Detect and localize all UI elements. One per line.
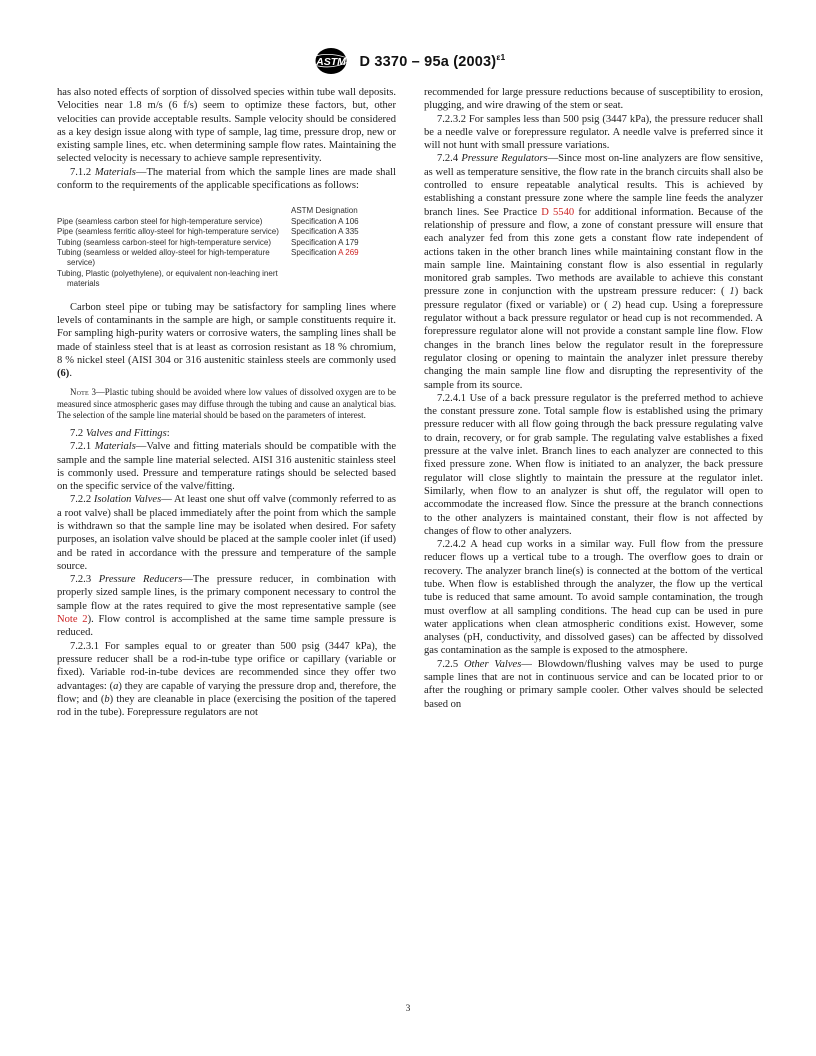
document-header: ASTM D 3370 – 95a (2003)ε1 [0,46,816,76]
table-row: Pipe (seamless ferritic alloy-steel for … [57,227,396,237]
text-segment: Materials [95,167,136,178]
text-segment: 7.2.4 [437,153,461,164]
text-segment: Materials [95,441,136,452]
text-segment: ) head cup. Using a forepressure regulat… [424,300,763,391]
carbon-steel-paragraph: Carbon steel pipe or tubing may be satis… [57,301,396,381]
text-segment: Valves and Fittings [86,428,167,439]
material-item: Pipe (seamless ferritic alloy-steel for … [57,227,287,237]
text-segment: . [69,368,72,379]
text-segment: 7.2.4.2 A head cup works in a similar wa… [424,539,763,656]
section-7-2-3-1: 7.2.3.1 For samples equal to or greater … [57,640,396,720]
text-segment: Carbon steel pipe or tubing may be satis… [57,302,396,366]
astm-logo-icon: ASTM [311,46,351,76]
standard-designation-text: D 3370 – 95a (2003) [360,54,497,70]
text-segment: recommended for large pressure reduction… [424,87,763,111]
text-segment: — At least one shut off valve (commonly … [57,494,396,571]
text-segment: 7.2.5 [437,659,464,670]
text-segment: Specification A 106 [291,217,359,226]
specification-designation: Specification A 179 [287,238,396,248]
standard-designation-superscript: ε1 [496,52,505,62]
section-7-1-2-materials: 7.1.2 Materials—The material from which … [57,166,396,193]
text-segment: has also noted effects of sorption of di… [57,87,396,164]
section-7-2-4-pressure-regulators: 7.2.4 Pressure Regulators—Since most on-… [424,152,763,391]
table-row: Tubing, Plastic (polyethylene), or equiv… [57,269,396,290]
table-header-spacer [57,206,287,216]
text-segment: Pressure Reducers [99,574,183,585]
table-header-row: ASTM Designation [57,206,396,216]
material-item: Tubing, Plastic (polyethylene), or equiv… [57,269,287,290]
text-segment: Note [70,387,89,397]
text-segment: 7.2.3.2 For samples less than 500 psig (… [424,114,763,152]
materials-spec-table: ASTM DesignationPipe (seamless carbon st… [57,206,396,289]
section-7-2-3-pressure-reducers: 7.2.3 Pressure Reducers—The pressure red… [57,573,396,639]
page-body: has also noted effects of sorption of di… [57,86,763,719]
section-7-2-4-1: 7.2.4.1 Use of a back pressure regulator… [424,392,763,538]
material-item: Pipe (seamless carbon steel for high-tem… [57,217,287,227]
text-segment: Isolation Valves [94,494,161,505]
section-7-2-5-other-valves: 7.2.5 Other Valves— Blowdown/flushing va… [424,658,763,711]
table-row: Pipe (seamless carbon steel for high-tem… [57,217,396,227]
page-number: 3 [0,1004,816,1014]
right-column: recommended for large pressure reduction… [424,86,763,719]
specification-designation: Specification A 335 [287,227,396,237]
specification-designation [287,269,396,290]
text-segment: for additional information. Because of t… [424,207,763,298]
text-segment: Pressure Regulators [461,153,547,164]
material-item: Tubing (seamless carbon-steel for high-t… [57,238,287,248]
astm-logo-text: ASTM [315,56,346,68]
section-7-2-3-2: 7.2.3.2 For samples less than 500 psig (… [424,113,763,153]
specification-designation: Specification A 269 [287,248,396,269]
text-segment: 7.2.1 [70,441,95,452]
text-segment: (6) [57,368,69,379]
text-segment: 7.2 [70,428,86,439]
intro-continuation-paragraph: has also noted effects of sorption of di… [57,86,396,166]
text-segment: 7.2.3 [70,574,99,585]
table-row: Tubing (seamless or welded alloy-steel f… [57,248,396,269]
reference-link[interactable]: A 269 [338,248,358,257]
standard-designation: D 3370 – 95a (2003)ε1 [360,52,506,70]
left-column: has also noted effects of sorption of di… [57,86,396,719]
text-segment: 7.2.4.1 Use of a back pressure regulator… [424,393,763,537]
text-segment: : [167,428,170,439]
text-segment: Specification A 335 [291,227,359,236]
reference-link[interactable]: Note 2 [57,614,88,625]
text-segment: Specification A 179 [291,238,359,247]
section-7-2-valves-and-fittings: 7.2 Valves and Fittings: [57,427,396,440]
note-3: Note 3—Plastic tubing should be avoided … [57,387,396,422]
continuation-paragraph: recommended for large pressure reduction… [424,86,763,113]
reference-link[interactable]: D 5540 [541,207,574,218]
text-segment: 7.1.2 [70,167,95,178]
text-segment: Other Valves [464,659,521,670]
table-header-astm-designation: ASTM Designation [287,206,396,216]
material-item: Tubing (seamless or welded alloy-steel f… [57,248,287,269]
table-row: Tubing (seamless carbon-steel for high-t… [57,238,396,248]
specification-designation: Specification A 106 [287,217,396,227]
text-segment: ). Flow control is accomplished at the s… [57,614,396,638]
section-7-2-2-isolation-valves: 7.2.2 Isolation Valves— At least one shu… [57,493,396,573]
section-7-2-4-2: 7.2.4.2 A head cup works in a similar wa… [424,538,763,658]
text-segment: 3—Plastic tubing should be avoided where… [57,387,396,420]
text-segment: 7.2.2 [70,494,94,505]
section-7-2-1-materials: 7.2.1 Materials—Valve and fitting materi… [57,440,396,493]
text-segment: Specification [291,248,338,257]
